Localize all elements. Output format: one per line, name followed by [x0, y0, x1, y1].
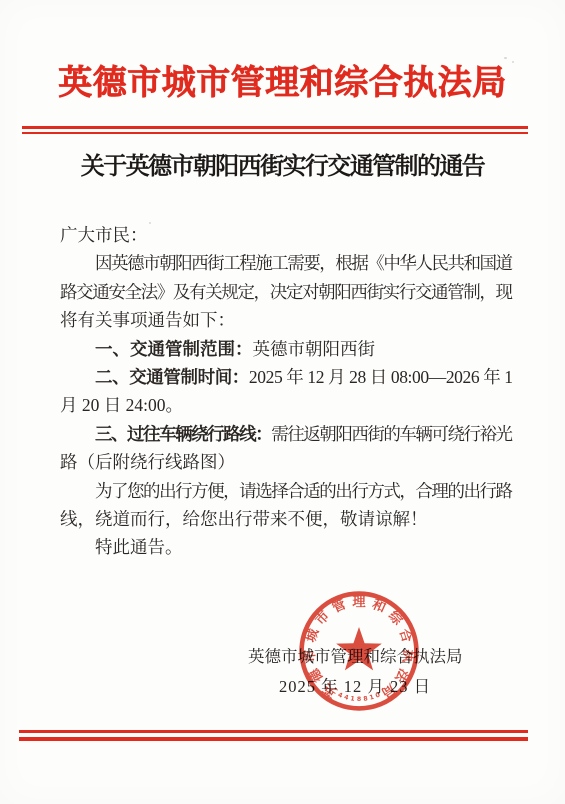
- section-label: 二、交通管制时间：: [95, 367, 249, 387]
- body-line: 为了您的出行方便，请选择合适的出行方式，合理的出行路: [60, 477, 513, 505]
- text-run: 为了您的出行方便，请选择合适的出行方式，合理的出行路: [95, 481, 512, 501]
- seal-code-digit: 1: [350, 695, 355, 703]
- body-line: 广大市民：: [60, 221, 513, 249]
- section-label: 三、过往车辆绕行路线：: [95, 424, 271, 444]
- seal-char: 理: [352, 594, 366, 609]
- seal-code-digit: 0: [375, 691, 382, 699]
- seal-code-digit: 1: [369, 694, 375, 702]
- text-run: 需往返朝阳西街的车辆可绕行裕光: [271, 424, 511, 444]
- seal-char: 市: [301, 649, 318, 664]
- body-line: 月 20 日 24:00。: [60, 391, 513, 419]
- body-line: 将有关事项通告如下：: [60, 306, 513, 334]
- official-seal: 英德市城市管理和综合执法局 4418810: [296, 588, 422, 714]
- text-run: 路（后附绕行线路图）: [60, 452, 235, 472]
- scan-speck: [149, 222, 151, 224]
- notice-title: 关于英德市朝阳西街实行交通管制的通告: [0, 149, 565, 185]
- scan-speck: [504, 57, 507, 59]
- seal-char: 法: [392, 666, 413, 686]
- text-run: 因英德市朝阳西街工程施工需要，根据《中华人民共和国道: [95, 253, 512, 273]
- text-run: 线，绕道而行，给您出行带来不便，敬请谅解！: [60, 509, 428, 529]
- body-line: 一、交通管制范围：英德市朝阳西街: [60, 335, 513, 363]
- footer-divider-thick: [19, 737, 528, 740]
- seal-code-digit: 8: [363, 695, 368, 703]
- notice-document: 英德市城市管理和综合执法局 关于英德市朝阳西街实行交通管制的通告 广大市民：因英…: [0, 0, 565, 804]
- body-line: 线，绕道而行，给您出行带来不便，敬请谅解！: [60, 505, 513, 533]
- seal-code-digit: 8: [357, 696, 361, 703]
- footer-divider-thin: [19, 730, 528, 733]
- text-run: 路交通安全法》及有关规定，决定对朝阳西街实行交通管制，现: [60, 282, 512, 302]
- text-run: 广大市民：: [60, 225, 148, 245]
- letterhead-divider-thick: [22, 126, 528, 129]
- letterhead-divider-thin: [22, 132, 528, 134]
- body-line: 路交通安全法》及有关规定，决定对朝阳西街实行交通管制，现: [60, 278, 513, 306]
- body-line: 二、交通管制时间：2025 年 12 月 28 日 08:00—2026 年 1: [60, 363, 513, 391]
- seal-char: 德: [305, 665, 326, 685]
- body-line: 特此通告。: [60, 533, 513, 561]
- text-run: 特此通告。: [95, 537, 183, 557]
- body-line: 三、过往车辆绕行路线：需往返朝阳西街的车辆可绕行裕光: [60, 420, 513, 448]
- notice-body: 广大市民：因英德市朝阳西街工程施工需要，根据《中华人民共和国道路交通安全法》及有…: [60, 221, 513, 562]
- seal-char: 执: [400, 649, 417, 665]
- body-line: 路（后附绕行线路图）: [60, 448, 513, 476]
- seal-char: 英: [319, 680, 340, 701]
- scan-speck: [512, 61, 514, 63]
- text-run: 英德市朝阳西街: [253, 339, 376, 359]
- text-run: 2025 年 12 月 28 日 08:00—2026 年 1: [249, 367, 513, 387]
- body-line: 因英德市朝阳西街工程施工需要，根据《中华人民共和国道: [60, 249, 513, 277]
- text-run: 将有关事项通告如下：: [60, 310, 235, 330]
- seal-char: 城: [303, 626, 322, 644]
- star-icon: [336, 627, 382, 670]
- seal-code-digit: 4: [343, 694, 350, 702]
- text-run: 月 20 日 24:00。: [60, 395, 183, 415]
- seal-char: 市: [312, 607, 333, 628]
- seal-char: 综: [386, 607, 407, 628]
- seal-code: 4418810: [337, 691, 382, 703]
- letterhead-agency-title: 英德市城市管理和综合执法局: [0, 62, 565, 106]
- section-label: 一、交通管制范围：: [95, 339, 253, 359]
